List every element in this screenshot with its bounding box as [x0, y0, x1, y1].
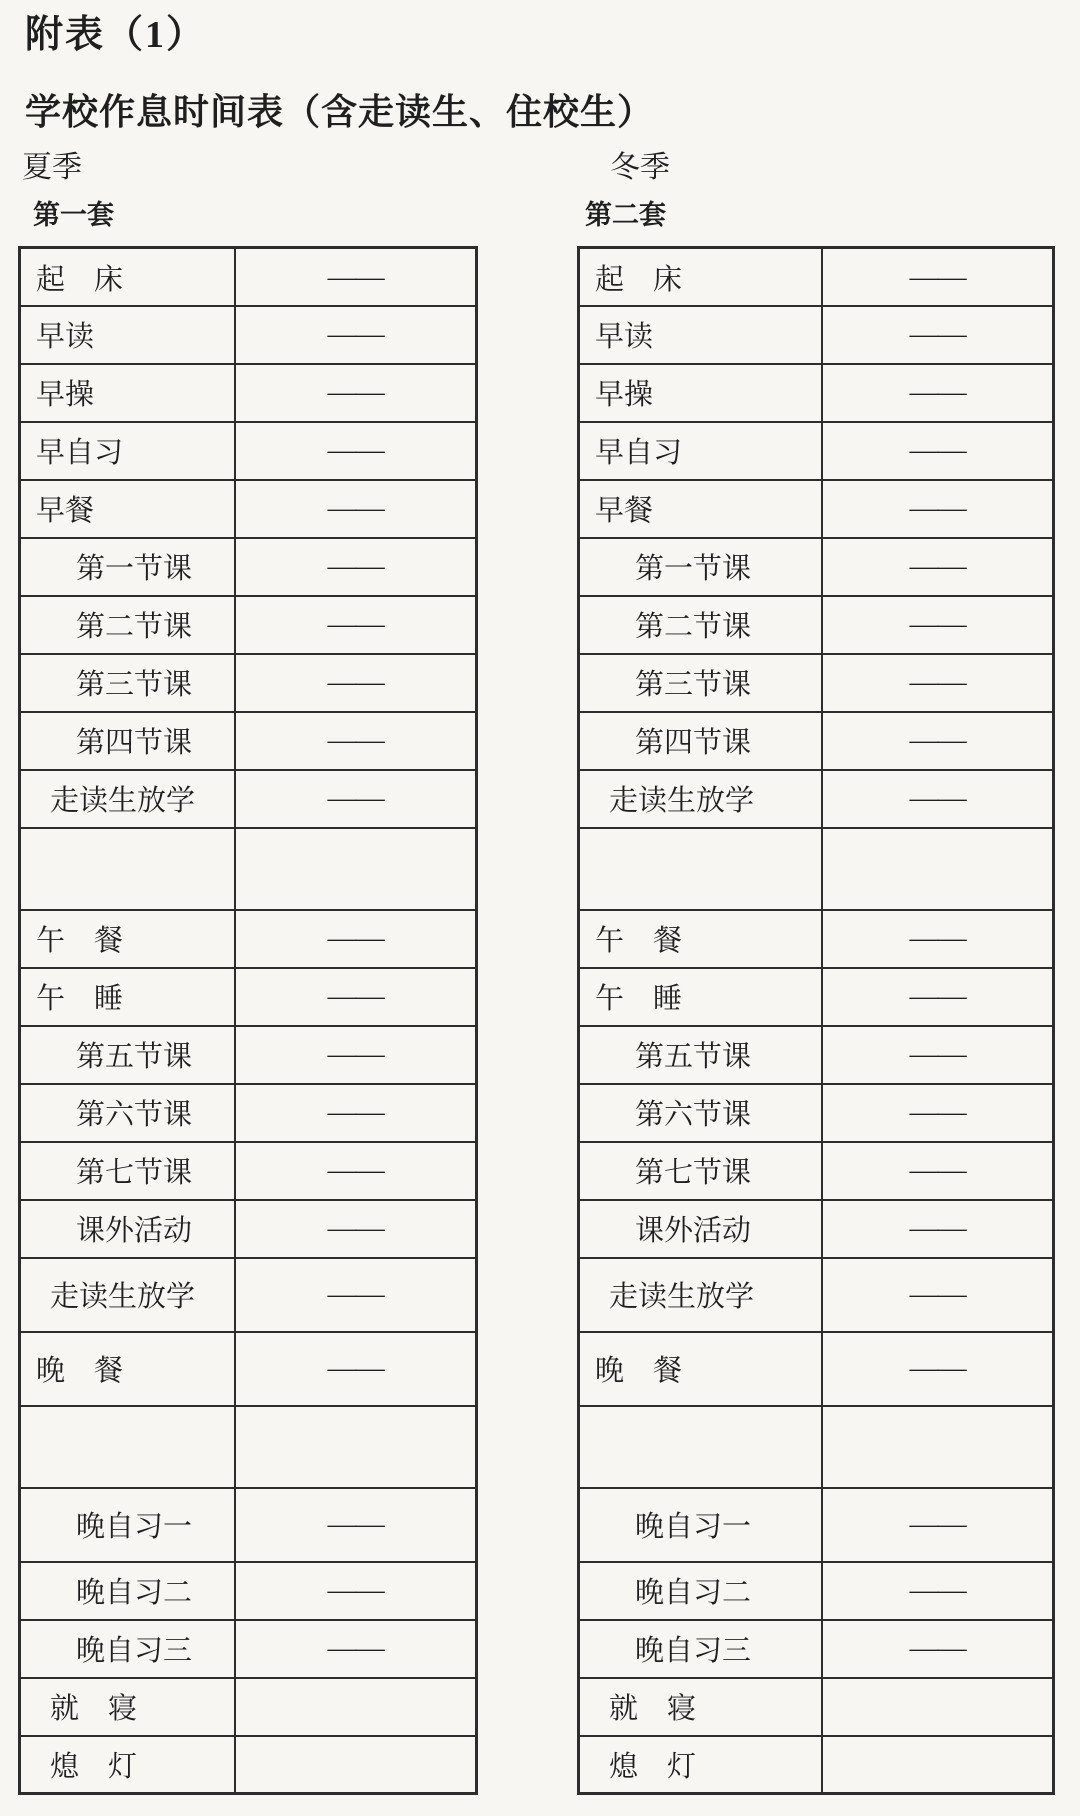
table-row: 早读—— [579, 306, 1054, 364]
time-value: —— [235, 596, 476, 654]
activity-label [20, 1406, 236, 1488]
table-row [20, 1406, 477, 1488]
activity-label: 晚自习一 [20, 1488, 236, 1562]
table-row: 早餐—— [579, 480, 1054, 538]
time-value: —— [822, 306, 1053, 364]
table-row: 第六节课—— [579, 1084, 1054, 1142]
time-value [822, 828, 1053, 910]
activity-label: 课外活动 [20, 1200, 236, 1258]
table-row: 晚自习二—— [579, 1562, 1054, 1620]
time-value: —— [822, 654, 1053, 712]
set-label-second: 第二套 [585, 199, 1055, 231]
time-value: —— [822, 364, 1053, 422]
table-row: 早自习—— [20, 422, 477, 480]
time-value: —— [235, 248, 476, 306]
time-value: —— [235, 1620, 476, 1678]
time-value: —— [235, 422, 476, 480]
activity-label: 早餐 [579, 480, 823, 538]
activity-label: 晚自习二 [20, 1562, 236, 1620]
activity-label: 走读生放学 [579, 770, 823, 828]
time-value: —— [235, 1142, 476, 1200]
activity-label: 晚自习三 [579, 1620, 823, 1678]
page-subtitle: 学校作息时间表（含走读生、住校生） [25, 92, 1080, 133]
activity-label: 晚自习二 [579, 1562, 823, 1620]
summer-schedule-table: 起 床——早读——早操——早自习——早餐——第一节课——第二节课——第三节课——… [18, 246, 478, 1795]
table-row: 午 睡—— [20, 968, 477, 1026]
table-row: 就 寝 [20, 1678, 477, 1736]
table-row: 午 睡—— [579, 968, 1054, 1026]
season-label-winter: 冬季 [610, 150, 1055, 186]
activity-label: 午 餐 [20, 910, 236, 968]
activity-label: 早自习 [20, 422, 236, 480]
table-row: 晚 餐—— [579, 1332, 1054, 1406]
table-row: 第二节课—— [579, 596, 1054, 654]
time-value: —— [235, 1026, 476, 1084]
page-title: 附表（1） [25, 14, 1080, 58]
tables-container: 夏季 第一套 起 床——早读——早操——早自习——早餐——第一节课——第二节课—… [0, 133, 1080, 1795]
activity-label: 第四节课 [579, 712, 823, 770]
activity-label [20, 828, 236, 910]
activity-label: 第三节课 [20, 654, 236, 712]
summer-table-body: 起 床——早读——早操——早自习——早餐——第一节课——第二节课——第三节课——… [20, 248, 477, 1794]
table-row: 晚自习二—— [20, 1562, 477, 1620]
table-row: 第二节课—— [20, 596, 477, 654]
activity-label: 就 寝 [20, 1678, 236, 1736]
summer-section: 夏季 第一套 起 床——早读——早操——早自习——早餐——第一节课——第二节课—… [18, 133, 478, 1795]
table-row: 早自习—— [579, 422, 1054, 480]
activity-label: 午 餐 [579, 910, 823, 968]
activity-label: 第四节课 [20, 712, 236, 770]
set-label-first: 第一套 [33, 199, 478, 231]
table-row [579, 1406, 1054, 1488]
time-value: —— [822, 1142, 1053, 1200]
activity-label: 走读生放学 [20, 1258, 236, 1332]
activity-label: 起 床 [20, 248, 236, 306]
table-row: 晚自习三—— [20, 1620, 477, 1678]
activity-label [579, 1406, 823, 1488]
table-row: 早操—— [579, 364, 1054, 422]
table-row: 早操—— [20, 364, 477, 422]
time-value: —— [235, 364, 476, 422]
activity-label: 第五节课 [20, 1026, 236, 1084]
activity-label: 走读生放学 [20, 770, 236, 828]
table-row: 课外活动—— [20, 1200, 477, 1258]
time-value: —— [822, 538, 1053, 596]
activity-label: 第七节课 [579, 1142, 823, 1200]
table-row [20, 828, 477, 910]
time-value: —— [822, 968, 1053, 1026]
activity-label: 晚自习三 [20, 1620, 236, 1678]
table-row: 晚自习一—— [20, 1488, 477, 1562]
time-value: —— [235, 1200, 476, 1258]
document-page: 附表（1） 学校作息时间表（含走读生、住校生） 夏季 第一套 起 床——早读——… [0, 0, 1080, 1816]
activity-label: 晚自习一 [579, 1488, 823, 1562]
activity-label: 早读 [579, 306, 823, 364]
time-value: —— [822, 1026, 1053, 1084]
time-value [822, 1678, 1053, 1736]
activity-label: 第一节课 [579, 538, 823, 596]
time-value: —— [235, 480, 476, 538]
time-value: —— [235, 306, 476, 364]
table-row: 课外活动—— [579, 1200, 1054, 1258]
time-value: —— [822, 596, 1053, 654]
table-row: 第一节课—— [579, 538, 1054, 596]
time-value: —— [822, 770, 1053, 828]
time-value [822, 1736, 1053, 1794]
activity-label [579, 828, 823, 910]
table-row: 午 餐—— [20, 910, 477, 968]
table-row: 第四节课—— [20, 712, 477, 770]
table-row: 第三节课—— [579, 654, 1054, 712]
time-value [235, 1678, 476, 1736]
activity-label: 课外活动 [579, 1200, 823, 1258]
activity-label: 就 寝 [579, 1678, 823, 1736]
table-row: 起 床—— [20, 248, 477, 306]
activity-label: 第三节课 [579, 654, 823, 712]
table-row: 第七节课—— [20, 1142, 477, 1200]
table-row: 走读生放学—— [20, 1258, 477, 1332]
time-value: —— [822, 1562, 1053, 1620]
table-row [579, 828, 1054, 910]
activity-label: 熄 灯 [579, 1736, 823, 1794]
time-value: —— [235, 1332, 476, 1406]
time-value: —— [822, 1084, 1053, 1142]
time-value: —— [235, 910, 476, 968]
table-row: 走读生放学—— [579, 1258, 1054, 1332]
table-row: 第六节课—— [20, 1084, 477, 1142]
activity-label: 早餐 [20, 480, 236, 538]
table-row: 晚 餐—— [20, 1332, 477, 1406]
activity-label: 起 床 [579, 248, 823, 306]
table-row: 第四节课—— [579, 712, 1054, 770]
time-value: —— [235, 654, 476, 712]
activity-label: 第七节课 [20, 1142, 236, 1200]
time-value: —— [822, 910, 1053, 968]
table-row: 起 床—— [579, 248, 1054, 306]
time-value: —— [822, 1258, 1053, 1332]
activity-label: 早操 [579, 364, 823, 422]
time-value: —— [822, 1332, 1053, 1406]
table-row: 走读生放学—— [579, 770, 1054, 828]
season-label-summer: 夏季 [22, 150, 478, 186]
activity-label: 第五节课 [579, 1026, 823, 1084]
time-value: —— [822, 1200, 1053, 1258]
time-value: —— [235, 1488, 476, 1562]
winter-table-body: 起 床——早读——早操——早自习——早餐——第一节课——第二节课——第三节课——… [579, 248, 1054, 1794]
time-value: —— [235, 1258, 476, 1332]
activity-label: 熄 灯 [20, 1736, 236, 1794]
activity-label: 午 睡 [579, 968, 823, 1026]
time-value [235, 828, 476, 910]
activity-label: 第一节课 [20, 538, 236, 596]
activity-label: 晚 餐 [20, 1332, 236, 1406]
time-value: —— [235, 712, 476, 770]
time-value: —— [822, 422, 1053, 480]
time-value [822, 1406, 1053, 1488]
table-row: 第一节课—— [20, 538, 477, 596]
activity-label: 第六节课 [20, 1084, 236, 1142]
time-value: —— [235, 1562, 476, 1620]
time-value: —— [822, 248, 1053, 306]
table-row: 第五节课—— [20, 1026, 477, 1084]
activity-label: 午 睡 [20, 968, 236, 1026]
table-row: 第五节课—— [579, 1026, 1054, 1084]
table-row: 早餐—— [20, 480, 477, 538]
table-row: 午 餐—— [579, 910, 1054, 968]
table-row: 晚自习三—— [579, 1620, 1054, 1678]
table-row: 熄 灯 [579, 1736, 1054, 1794]
table-row: 走读生放学—— [20, 770, 477, 828]
activity-label: 早操 [20, 364, 236, 422]
time-value [235, 1736, 476, 1794]
activity-label: 第二节课 [579, 596, 823, 654]
time-value: —— [822, 1620, 1053, 1678]
activity-label: 早读 [20, 306, 236, 364]
time-value: —— [822, 1488, 1053, 1562]
time-value [235, 1406, 476, 1488]
activity-label: 晚 餐 [579, 1332, 823, 1406]
time-value: —— [822, 480, 1053, 538]
time-value: —— [822, 712, 1053, 770]
table-row: 晚自习一—— [579, 1488, 1054, 1562]
table-row: 早读—— [20, 306, 477, 364]
activity-label: 第六节课 [579, 1084, 823, 1142]
activity-label: 早自习 [579, 422, 823, 480]
table-row: 第三节课—— [20, 654, 477, 712]
table-row: 熄 灯 [20, 1736, 477, 1794]
time-value: —— [235, 968, 476, 1026]
time-value: —— [235, 538, 476, 596]
winter-section: 冬季 第二套 起 床——早读——早操——早自习——早餐——第一节课——第二节课—… [577, 133, 1055, 1795]
activity-label: 走读生放学 [579, 1258, 823, 1332]
activity-label: 第二节课 [20, 596, 236, 654]
time-value: —— [235, 1084, 476, 1142]
time-value: —— [235, 770, 476, 828]
winter-schedule-table: 起 床——早读——早操——早自习——早餐——第一节课——第二节课——第三节课——… [577, 246, 1055, 1795]
table-row: 就 寝 [579, 1678, 1054, 1736]
table-row: 第七节课—— [579, 1142, 1054, 1200]
